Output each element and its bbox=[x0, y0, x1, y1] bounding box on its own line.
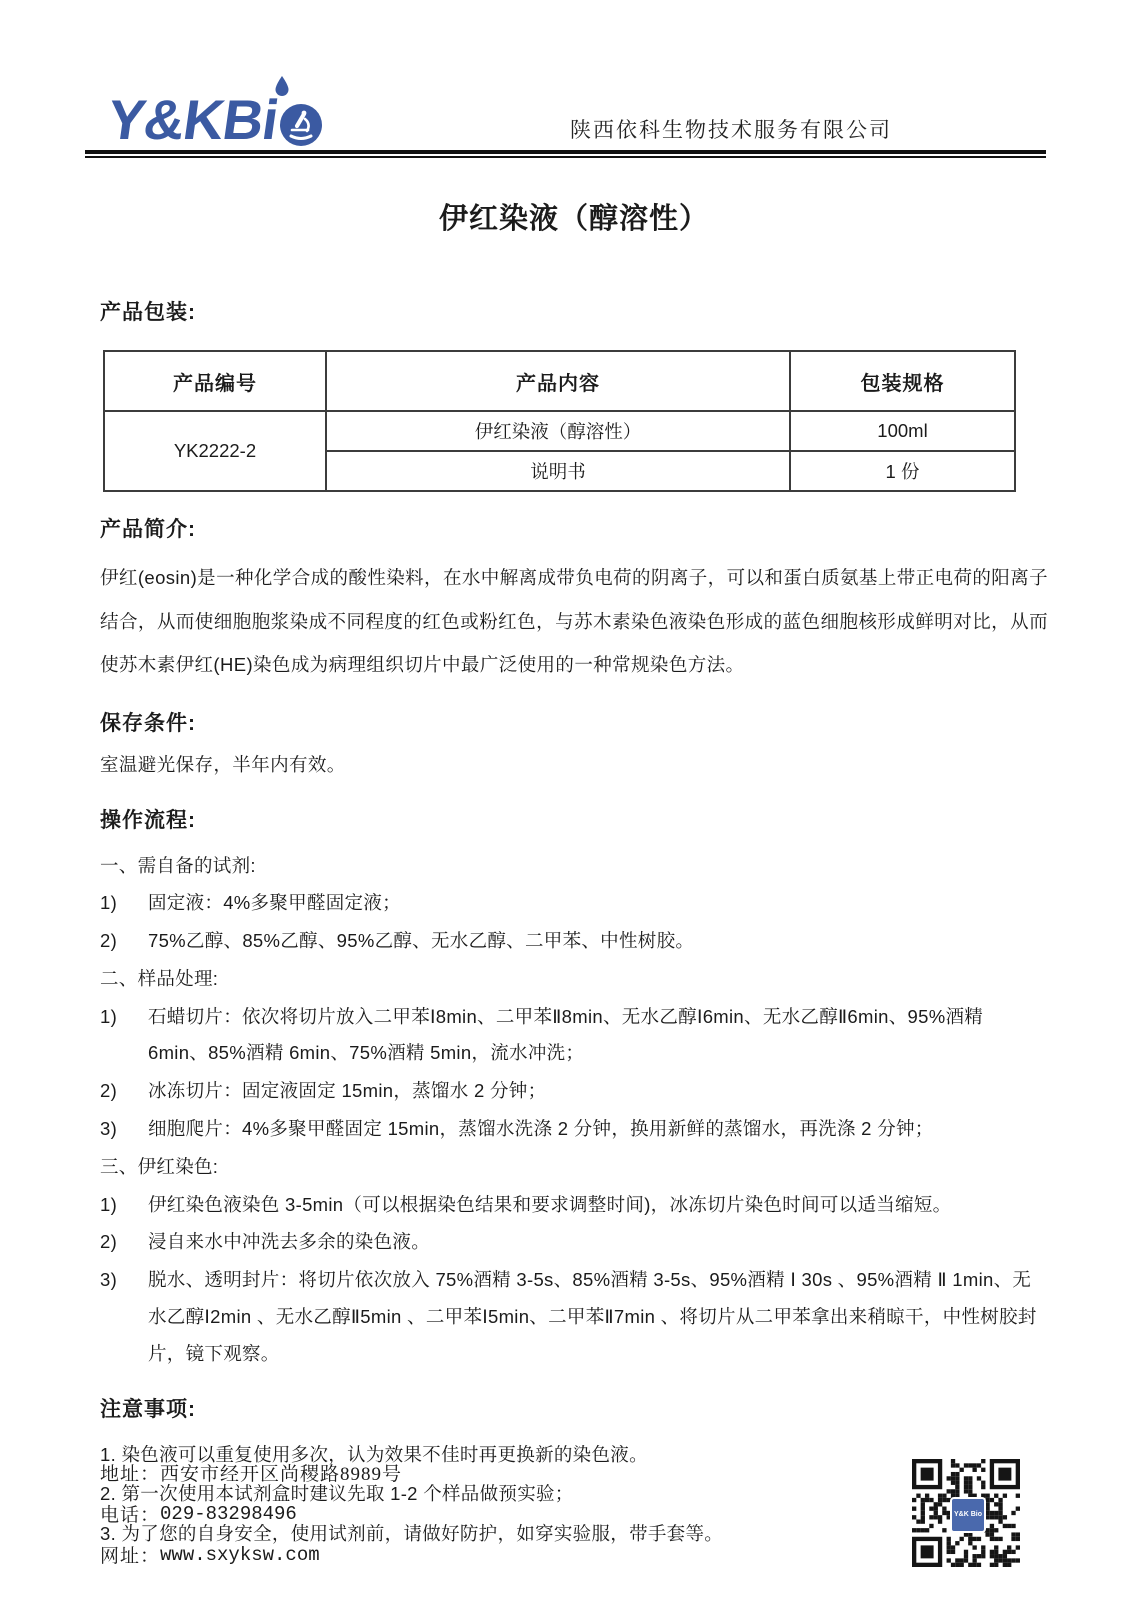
document-page: Y&KBi 陕西依科生物技术服务有限 bbox=[0, 0, 1130, 1599]
product-content-cell: 伊红染液（醇溶性） bbox=[326, 411, 790, 451]
procedure-item: 1)伊红染色液染色 3-5min（可以根据染色结果和要求调整时间)，冰冻切片染色… bbox=[100, 1187, 1048, 1224]
list-marker: 2) bbox=[100, 923, 148, 960]
list-text: 固定液：4%多聚甲醛固定液； bbox=[148, 885, 1048, 922]
section-heading-notes: 注意事项: bbox=[100, 1393, 1048, 1423]
address-label: 地址： bbox=[100, 1459, 160, 1486]
document-body: 伊红染液（醇溶性） 产品包装: 产品编号 产品内容 包装规格 YK2222-2 … bbox=[100, 198, 1048, 1553]
page-header: Y&KBi 陕西依科生物技术服务有限 bbox=[108, 84, 1044, 150]
product-content-cell: 说明书 bbox=[326, 451, 790, 491]
microscope-icon bbox=[279, 103, 323, 147]
section-heading-storage: 保存条件: bbox=[100, 707, 1048, 737]
section-heading-packaging: 产品包装: bbox=[100, 296, 1048, 326]
phone-value: 029-83298496 bbox=[160, 1503, 297, 1525]
address-value: 西安市经开区尚稷路8989号 bbox=[160, 1459, 402, 1486]
list-text: 浸自来水中冲洗去多余的染色液。 bbox=[148, 1224, 1048, 1261]
list-marker: 1) bbox=[100, 1187, 148, 1224]
list-marker: 2) bbox=[100, 1224, 148, 1261]
list-marker: 一、 bbox=[100, 848, 138, 885]
list-text: 伊红染色: bbox=[138, 1149, 1048, 1186]
procedure-item: 1)石蜡切片：依次将切片放入二甲苯Ⅰ8min、二甲苯Ⅱ8min、无水乙醇Ⅰ6mi… bbox=[100, 999, 1048, 1073]
list-text: 需自备的试剂: bbox=[138, 848, 1048, 885]
header-divider bbox=[85, 150, 1046, 158]
table-header-cell: 包装规格 bbox=[790, 351, 1015, 411]
packaging-table: 产品编号 产品内容 包装规格 YK2222-2 伊红染液（醇溶性） 100ml … bbox=[103, 350, 1016, 492]
list-text: 伊红染色液染色 3-5min（可以根据染色结果和要求调整时间)，冰冻切片染色时间… bbox=[148, 1187, 1048, 1224]
list-marker: 3) bbox=[100, 1111, 148, 1148]
list-text: 75%乙醇、85%乙醇、95%乙醇、无水乙醇、二甲苯、中性树胶。 bbox=[148, 923, 1048, 960]
website-row: 网址： www.sxyksw.com bbox=[100, 1534, 402, 1575]
list-text: 样品处理: bbox=[138, 961, 1048, 998]
table-header-row: 产品编号 产品内容 包装规格 bbox=[104, 351, 1015, 411]
product-spec-cell: 100ml bbox=[790, 411, 1015, 451]
procedure-list: 一、需自备的试剂:1)固定液：4%多聚甲醛固定液；2)75%乙醇、85%乙醇、9… bbox=[100, 848, 1048, 1373]
list-marker: 三、 bbox=[100, 1149, 138, 1186]
phone-label: 电话： bbox=[100, 1500, 160, 1527]
website-label: 网址： bbox=[100, 1541, 160, 1568]
address-row: 地址： 西安市经开区尚稷路8989号 bbox=[100, 1452, 402, 1493]
page-footer: 地址： 西安市经开区尚稷路8989号 电话： 029-83298496 网址： … bbox=[100, 1452, 402, 1575]
table-header-cell: 产品内容 bbox=[326, 351, 790, 411]
qr-logo-badge: Y&K Bio bbox=[950, 1497, 986, 1533]
procedure-item: 2)浸自来水中冲洗去多余的染色液。 bbox=[100, 1224, 1048, 1261]
procedure-item: 3)细胞爬片：4%多聚甲醛固定 15min，蒸馏水洗涤 2 分钟，换用新鲜的蒸馏… bbox=[100, 1111, 1048, 1148]
phone-row: 电话： 029-83298496 bbox=[100, 1493, 402, 1534]
list-text: 细胞爬片：4%多聚甲醛固定 15min，蒸馏水洗涤 2 分钟，换用新鲜的蒸馏水，… bbox=[148, 1111, 1048, 1148]
product-code-cell: YK2222-2 bbox=[104, 411, 326, 491]
intro-paragraph: 伊红(eosin)是一种化学合成的酸性染料，在水中解离成带负电荷的阴离子，可以和… bbox=[100, 556, 1048, 687]
procedure-item: 2)75%乙醇、85%乙醇、95%乙醇、无水乙醇、二甲苯、中性树胶。 bbox=[100, 923, 1048, 960]
procedure-item: 3)脱水、透明封片：将切片依次放入 75%酒精 3-5s、85%酒精 3-5s、… bbox=[100, 1262, 1048, 1372]
table-row: YK2222-2 伊红染液（醇溶性） 100ml bbox=[104, 411, 1015, 451]
page-title: 伊红染液（醇溶性） bbox=[100, 198, 1048, 240]
table-header-cell: 产品编号 bbox=[104, 351, 326, 411]
procedure-item: 三、伊红染色: bbox=[100, 1149, 1048, 1186]
list-marker: 二、 bbox=[100, 961, 138, 998]
procedure-item: 一、需自备的试剂: bbox=[100, 848, 1048, 885]
procedure-item: 二、样品处理: bbox=[100, 961, 1048, 998]
list-text: 脱水、透明封片：将切片依次放入 75%酒精 3-5s、85%酒精 3-5s、95… bbox=[148, 1262, 1048, 1372]
droplet-icon bbox=[275, 76, 289, 101]
section-heading-procedure: 操作流程: bbox=[100, 804, 1048, 834]
qr-code: Y&K Bio bbox=[912, 1459, 1020, 1567]
list-text: 冰冻切片：固定液固定 15min，蒸馏水 2 分钟； bbox=[148, 1073, 1048, 1110]
website-value: www.sxyksw.com bbox=[160, 1544, 320, 1566]
storage-text: 室温避光保存，半年内有效。 bbox=[100, 750, 1048, 780]
qr-pattern bbox=[912, 1554, 1020, 1571]
procedure-item: 1)固定液：4%多聚甲醛固定液； bbox=[100, 885, 1048, 922]
list-marker: 1) bbox=[100, 999, 148, 1073]
section-heading-intro: 产品简介: bbox=[100, 513, 1048, 543]
procedure-item: 2)冰冻切片：固定液固定 15min，蒸馏水 2 分钟； bbox=[100, 1073, 1048, 1110]
list-marker: 2) bbox=[100, 1073, 148, 1110]
product-spec-cell: 1 份 bbox=[790, 451, 1015, 491]
list-text: 石蜡切片：依次将切片放入二甲苯Ⅰ8min、二甲苯Ⅱ8min、无水乙醇Ⅰ6min、… bbox=[148, 999, 1048, 1073]
company-name: 陕西依科生物技术服务有限公司 bbox=[418, 114, 1044, 144]
logo-wordmark: Y&KBi bbox=[104, 90, 282, 150]
company-logo: Y&KBi bbox=[108, 84, 323, 150]
list-marker: 1) bbox=[100, 885, 148, 922]
list-marker: 3) bbox=[100, 1262, 148, 1372]
